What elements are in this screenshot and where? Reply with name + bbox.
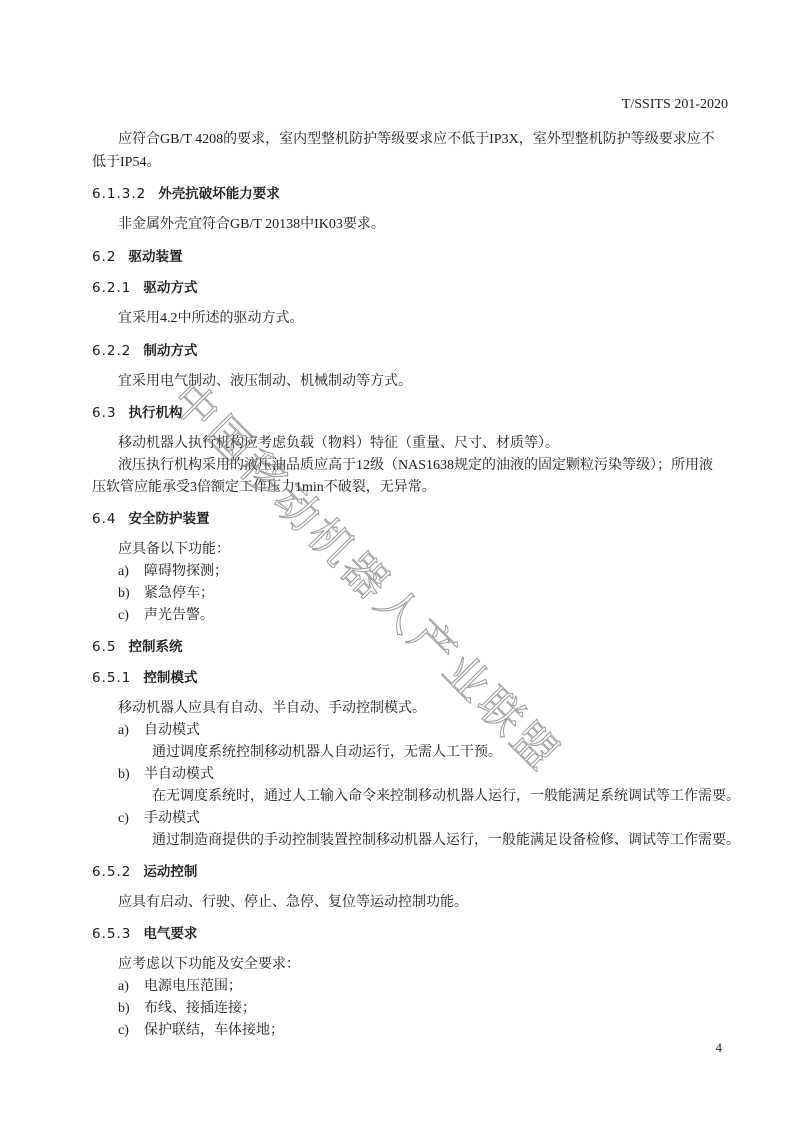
list-item: a)自动模式	[118, 721, 200, 741]
paragraph: 低于IP54。	[92, 153, 160, 173]
list-item-text: 手动模式	[144, 811, 200, 826]
section-title: 驱动方式	[143, 280, 197, 296]
paragraph: 应具有启动、行驶、停止、急停、复位等运动控制功能。	[118, 893, 468, 913]
section-title: 控制系统	[128, 639, 182, 655]
list-item: b)半自动模式	[118, 765, 214, 785]
section-heading: 6.4安全防护装置	[92, 509, 209, 529]
section-number: 6.5.3	[92, 924, 131, 944]
section-number: 6.5.2	[92, 862, 131, 882]
page-number: 4	[716, 1040, 723, 1056]
list-item-text: 声光告警。	[144, 608, 214, 623]
section-number: 6.4	[92, 509, 116, 529]
list-item-description: 通过调度系统控制移动机器人自动运行，无需人工干预。	[152, 743, 502, 763]
paragraph: 压软管应能承受3倍额定工作压力1min不破裂，无异常。	[92, 478, 436, 498]
paragraph: 移动机器人应具有自动、半自动、手动控制模式。	[118, 699, 426, 719]
section-number: 6.5	[92, 637, 116, 657]
section-title: 驱动装置	[128, 249, 182, 265]
paragraph: 应考虑以下功能及安全要求：	[118, 955, 300, 975]
list-item-text: 电源电压范围；	[144, 979, 242, 994]
list-marker: b)	[118, 584, 144, 604]
section-heading: 6.5.1控制模式	[92, 668, 197, 688]
list-item-text: 障碍物探测；	[144, 564, 228, 579]
list-item-text: 自动模式	[144, 723, 200, 738]
section-number: 6.3	[92, 403, 116, 423]
list-marker: b)	[118, 999, 144, 1019]
list-item-text: 布线、接插连接；	[144, 1001, 256, 1016]
standard-number-header: T/SSITS 201-2020	[622, 97, 728, 113]
paragraph: 宜采用4.2中所述的驱动方式。	[118, 309, 304, 329]
paragraph: 非金属外壳宜符合GB/T 20138中IK03要求。	[118, 215, 385, 235]
paragraph: 宜采用电气制动、液压制动、机械制动等方式。	[118, 372, 412, 392]
paragraph: 液压执行机构采用的液压油品质应高于12级（NAS1638规定的油液的固定颗粒污染…	[118, 456, 713, 476]
section-number: 6.2.2	[92, 341, 131, 361]
paragraph: 应具备以下功能：	[118, 540, 230, 560]
section-heading: 6.5.3电气要求	[92, 924, 197, 944]
section-heading: 6.2.2制动方式	[92, 341, 197, 361]
list-item-text: 保护联结，车体接地；	[144, 1023, 284, 1038]
section-number: 6.2	[92, 247, 116, 267]
list-item: c)声光告警。	[118, 606, 214, 626]
list-marker: c)	[118, 606, 144, 626]
section-title: 运动控制	[143, 864, 197, 880]
list-item: a)电源电压范围；	[118, 977, 242, 997]
list-marker: c)	[118, 809, 144, 829]
list-item-text: 半自动模式	[144, 767, 214, 782]
document-page: T/SSITS 201-2020 应符合GB/T 4208的要求，室内型整机防护…	[0, 0, 800, 1132]
list-marker: a)	[118, 977, 144, 997]
section-heading: 6.5.2运动控制	[92, 862, 197, 882]
section-title: 制动方式	[143, 343, 197, 359]
section-heading: 6.1.3.2外壳抗破坏能力要求	[92, 184, 280, 204]
section-heading: 6.2.1驱动方式	[92, 278, 197, 298]
section-title: 安全防护装置	[128, 511, 209, 527]
list-item: c)保护联结，车体接地；	[118, 1021, 284, 1041]
paragraph: 移动机器人执行机构应考虑负载（物料）特征（重量、尺寸、材质等）。	[118, 434, 559, 454]
list-item: c)手动模式	[118, 809, 200, 829]
list-marker: a)	[118, 562, 144, 582]
paragraph: 应符合GB/T 4208的要求，室内型整机防护等级要求应不低于IP3X，室外型整…	[118, 130, 715, 150]
section-heading: 6.3执行机构	[92, 403, 182, 423]
list-marker: b)	[118, 765, 144, 785]
section-title: 电气要求	[143, 926, 197, 942]
section-title: 执行机构	[128, 405, 182, 421]
list-item: a)障碍物探测；	[118, 562, 228, 582]
list-item: b)紧急停车；	[118, 584, 214, 604]
section-number: 6.2.1	[92, 278, 131, 298]
section-number: 6.1.3.2	[92, 184, 146, 204]
list-item-description: 通过制造商提供的手动控制装置控制移动机器人运行，一般能满足设备检修、调试等工作需…	[152, 831, 740, 851]
section-title: 控制模式	[143, 670, 197, 686]
list-item-description: 在无调度系统时，通过人工输入命令来控制移动机器人运行，一般能满足系统调试等工作需…	[152, 787, 740, 807]
list-marker: c)	[118, 1021, 144, 1041]
section-heading: 6.2驱动装置	[92, 247, 182, 267]
list-marker: a)	[118, 721, 144, 741]
section-heading: 6.5控制系统	[92, 637, 182, 657]
section-number: 6.5.1	[92, 668, 131, 688]
section-title: 外壳抗破坏能力要求	[158, 186, 280, 202]
list-item: b)布线、接插连接；	[118, 999, 256, 1019]
list-item-text: 紧急停车；	[144, 586, 214, 601]
